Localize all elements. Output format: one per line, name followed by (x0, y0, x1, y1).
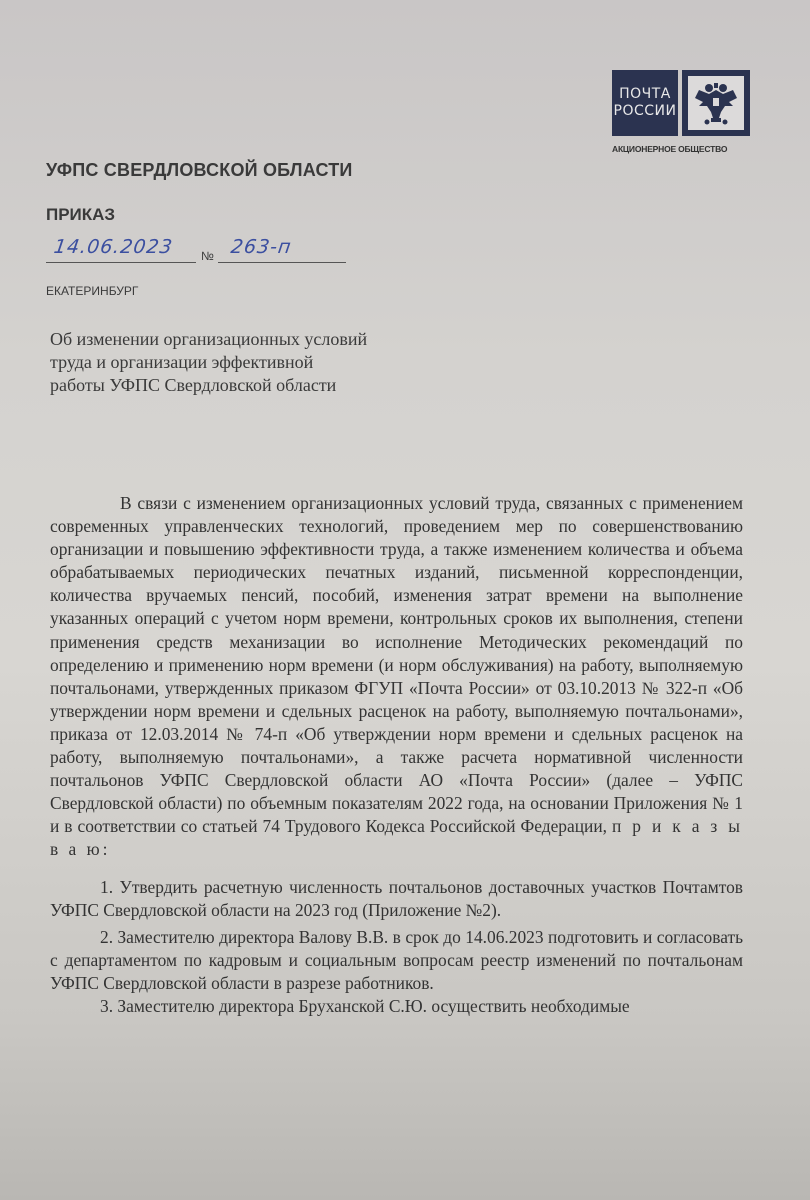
preamble-text: В связи с изменением организационных усл… (50, 493, 743, 836)
city: ЕКАТЕРИНБУРГ (46, 284, 138, 298)
number-underline (218, 262, 346, 263)
date-number-line: 14.06.2023 № 263-п (46, 236, 346, 264)
order-item-3: 3. Заместителю директора Бруханской С.Ю.… (50, 995, 743, 1018)
double-headed-eagle-icon (693, 80, 739, 126)
document-page: ПОЧТА РОССИИ (0, 0, 810, 1200)
logo-subtitle: АКЦИОНЕРНОЕ ОБЩЕСТВО (612, 144, 758, 154)
logo-line-1: ПОЧТА (619, 86, 671, 103)
order-item-2: 2. Заместителю директора Валову В.В. в с… (50, 926, 743, 995)
order-subject: Об изменении организационных условий тру… (50, 328, 370, 397)
handwritten-number: 263-п (229, 236, 293, 258)
document-type: ПРИКАЗ (46, 205, 115, 225)
logo-emblem-frame (682, 70, 750, 136)
logo-line-2: РОССИИ (614, 103, 677, 120)
company-logo: ПОЧТА РОССИИ (612, 70, 758, 154)
order-body: В связи с изменением организационных усл… (50, 492, 743, 1018)
preamble-paragraph: В связи с изменением организационных усл… (50, 492, 743, 862)
number-sign: № (201, 249, 214, 263)
handwritten-date: 14.06.2023 (52, 236, 174, 258)
organization-name: УФПС СВЕРДЛОВСКОЙ ОБЛАСТИ (46, 160, 353, 181)
date-underline (46, 262, 196, 263)
order-item-1: 1. Утвердить расчетную численность почта… (50, 876, 743, 922)
logo-wordmark: ПОЧТА РОССИИ (612, 70, 678, 136)
